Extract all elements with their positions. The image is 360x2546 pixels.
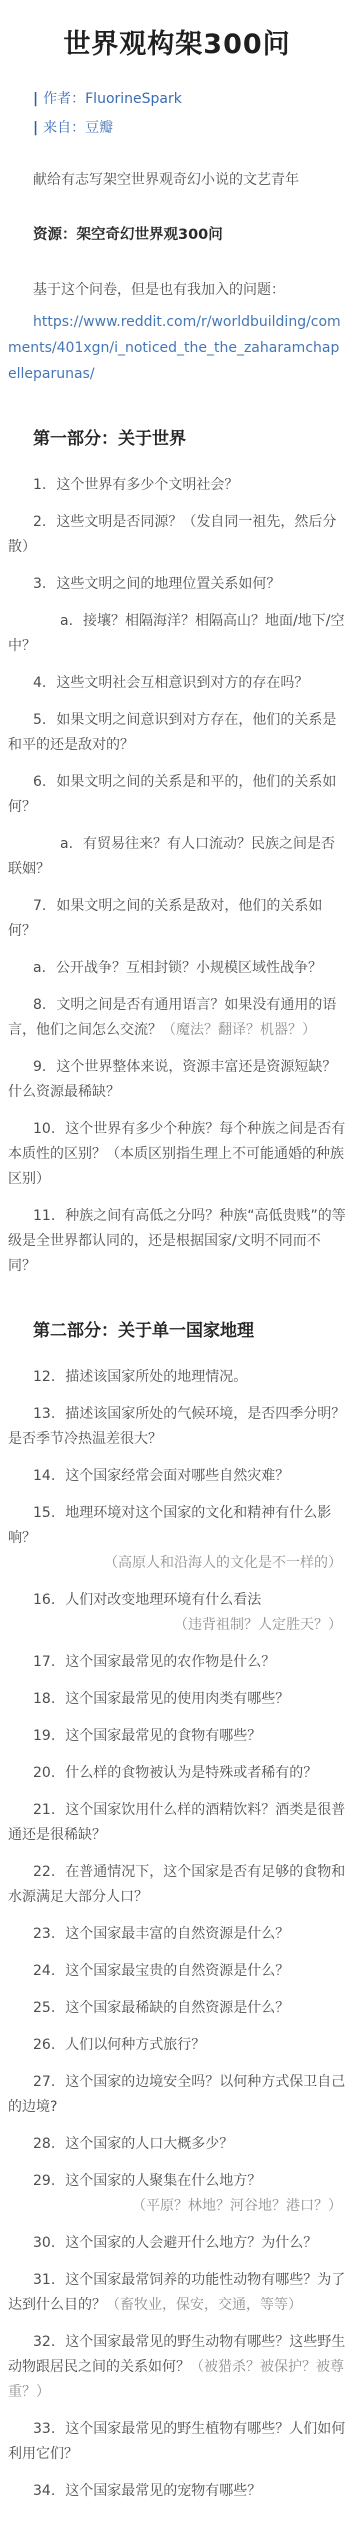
question-text: 这个国家最常见的宠物有哪些？ [65, 2483, 261, 2499]
question-text: 这个国家经常会面对哪些自然灾难？ [65, 1468, 289, 1484]
sub-item-text: 接壤？相隔海洋？相隔高山？地面/地下/空中？ [8, 613, 344, 654]
vertical-bar-icon: | [33, 91, 38, 107]
question-text: 这个国家最宝贵的自然资源是什么？ [65, 1963, 289, 1979]
question: 8.文明之间是否有通用语言？如果没有通用的语言，他们之间怎么交流？（魔法？翻译？… [8, 993, 346, 1043]
question-text: 如果文明之间意识到对方存在，他们的关系是和平的还是敌对的？ [8, 712, 336, 753]
question-text: 这个国家的人口大概多少？ [65, 2136, 233, 2152]
source-value[interactable]: 豆瓣 [85, 120, 113, 136]
question-number: 20. [33, 1765, 55, 1781]
question-number: 16. [33, 1592, 55, 1608]
question: 14.这个国家经常会面对哪些自然灾难？ [8, 1464, 346, 1489]
question-number: 19. [33, 1728, 55, 1744]
question: 23.这个国家最丰富的自然资源是什么？ [8, 1922, 346, 1947]
question-number: 33. [33, 2421, 55, 2437]
question: 15.地理环境对这个国家的文化和精神有什么影响？ [8, 1501, 346, 1551]
question: 20.什么样的食物被认为是特殊或者稀有的？ [8, 1761, 346, 1786]
question-number: 9. [33, 1059, 46, 1075]
section-heading: 第二部分：关于单一国家地理 [8, 1319, 346, 1343]
author-label: 作者： [43, 91, 85, 107]
question-number: 26. [33, 2037, 55, 2053]
section-heading: 第一部分：关于世界 [8, 427, 346, 451]
question-number: 10. [33, 1121, 55, 1137]
question-note: （高原人和沿海人的文化是不一样的） [8, 1551, 346, 1576]
question-number: 1. [33, 477, 46, 493]
question-number: 3. [33, 576, 46, 592]
question-number: 28. [33, 2136, 55, 2152]
question-number: 24. [33, 1963, 55, 1979]
question-note: （违背祖制？人定胜天？） [8, 1613, 346, 1638]
question-text: 这些文明是否同源？（发自同一祖先，然后分散） [8, 514, 336, 555]
question: 21.这个国家饮用什么样的酒精饮料？酒类是很普通还是很稀缺？ [8, 1798, 346, 1848]
question-text: 这个国家最常见的使用肉类有哪些？ [65, 1691, 289, 1707]
question: 1.这个世界有多少个文明社会？ [8, 473, 346, 498]
page-title: 世界观构架300问 [8, 22, 346, 61]
question-text: 这个世界有多少个种族？每个种族之间是否有本质性的区别？（本质区别指生理上不可能通… [8, 1121, 345, 1187]
question-text: 这个国家的人聚集在什么地方？ [65, 2173, 261, 2189]
question-number: 4. [33, 675, 46, 691]
question-number: 15. [33, 1505, 55, 1521]
question: 27.这个国家的边境安全吗？以何种方式保卫自己的边境? [8, 2070, 346, 2120]
question-number: 25. [33, 2000, 55, 2016]
section-part-2: 第二部分：关于单一国家地理 12.描述该国家所处的地理情况。 13.描述该国家所… [8, 1319, 346, 2504]
question-number: 18. [33, 1691, 55, 1707]
question-number: 22. [33, 1864, 55, 1880]
question-number: 23. [33, 1926, 55, 1942]
question-text: 这个国家最常见的食物有哪些？ [65, 1728, 261, 1744]
dedication-text: 献给有志写架空世界观奇幻小说的文艺青年 [8, 168, 346, 193]
question-text: 人们对改变地理环境有什么看法 [65, 1592, 261, 1608]
question: 30.这个国家的人会避开什么地方？为什么？ [8, 2231, 346, 2256]
question-number: 6. [33, 774, 46, 790]
question: 16.人们对改变地理环境有什么看法 [8, 1588, 346, 1613]
question-sub-item: a.公开战争？互相封锁？小规模区域性战争？ [8, 956, 346, 981]
question-number: 13. [33, 1406, 55, 1422]
sub-item-text: 有贸易往来？有人口流动？民族之间是否联姻？ [8, 836, 335, 877]
question-number: 12. [33, 1369, 55, 1385]
question-text: 人们以何种方式旅行？ [65, 2037, 205, 2053]
question-text: 地理环境对这个国家的文化和精神有什么影响？ [8, 1505, 331, 1546]
vertical-bar-icon: | [33, 120, 38, 136]
question: 6.如果文明之间的关系是和平的，他们的关系如何？ [8, 770, 346, 820]
question-text: 描述该国家所处的地理情况。 [65, 1369, 247, 1385]
question-sub-item: a.接壤？相隔海洋？相隔高山？地面/地下/空中？ [8, 609, 346, 659]
question-hint: （畜牧业，保安，交通，等等） [106, 2297, 302, 2313]
question-text: 这个国家最常见的农作物是什么？ [65, 1654, 275, 1670]
question-text: 这个国家最稀缺的自然资源是什么？ [65, 2000, 289, 2016]
question-text: 什么样的食物被认为是特殊或者稀有的？ [65, 1765, 317, 1781]
question: 28.这个国家的人口大概多少？ [8, 2132, 346, 2157]
question: 4.这些文明社会互相意识到对方的存在吗？ [8, 671, 346, 696]
question: 2.这些文明是否同源？（发自同一祖先，然后分散） [8, 510, 346, 560]
question: 9.这个世界整体来说，资源丰富还是资源短缺？什么资源最稀缺？ [8, 1055, 346, 1105]
question-text: 这些文明社会互相意识到对方的存在吗？ [56, 675, 308, 691]
question-number: 7. [33, 898, 46, 914]
question-text: 这些文明之间的地理位置关系如何？ [56, 576, 280, 592]
intro-text: 基于这个问卷，但是也有我加入的问题： [8, 278, 346, 303]
question-number: 30. [33, 2235, 55, 2251]
question-text: 这个国家的人会避开什么地方？为什么？ [65, 2235, 317, 2251]
question-number: 29. [33, 2173, 55, 2189]
question-number: 17. [33, 1654, 55, 1670]
question: 24.这个国家最宝贵的自然资源是什么？ [8, 1959, 346, 1984]
question-number: 8. [33, 997, 46, 1013]
question: 17.这个国家最常见的农作物是什么？ [8, 1650, 346, 1675]
question-text: 种族之间有高低之分吗？种族“高低贵贱”的等级是全世界都认同的，还是根据国家/文明… [8, 1208, 346, 1274]
question-text: 这个国家饮用什么样的酒精饮料？酒类是很普通还是很稀缺？ [8, 1802, 345, 1843]
sub-item-letter: a. [60, 836, 73, 852]
question: 12.描述该国家所处的地理情况。 [8, 1365, 346, 1390]
question: 18.这个国家最常见的使用肉类有哪些？ [8, 1687, 346, 1712]
reddit-link[interactable]: https://www.reddit.com/r/worldbuilding/c… [8, 309, 346, 387]
question-number: 5. [33, 712, 46, 728]
question-text: 这个国家的边境安全吗？以何种方式保卫自己的边境? [8, 2074, 345, 2115]
question: 7.如果文明之间的关系是敌对，他们的关系如何？ [8, 894, 346, 944]
author-value[interactable]: FluorineSpark [85, 91, 182, 107]
question: 5.如果文明之间意识到对方存在，他们的关系是和平的还是敌对的？ [8, 708, 346, 758]
question-number: 27. [33, 2074, 55, 2090]
question-number: 14. [33, 1468, 55, 1484]
question-text: 这个国家最丰富的自然资源是什么？ [65, 1926, 289, 1942]
question-text: 这个世界整体来说，资源丰富还是资源短缺？什么资源最稀缺？ [8, 1059, 336, 1100]
resource-text: 资源：架空奇幻世界观300问 [8, 223, 346, 248]
question-text: 这个国家最常见的野生植物有哪些？人们如何利用它们？ [8, 2421, 345, 2462]
question: 31.这个国家最常饲养的功能性动物有哪些？为了达到什么目的？（畜牧业，保安，交通… [8, 2268, 346, 2318]
question: 34.这个国家最常见的宠物有哪些？ [8, 2479, 346, 2504]
sub-item-letter: a. [33, 960, 46, 976]
question-number: 34. [33, 2483, 55, 2499]
question: 33.这个国家最常见的野生植物有哪些？人们如何利用它们？ [8, 2417, 346, 2467]
question: 25.这个国家最稀缺的自然资源是什么？ [8, 1996, 346, 2021]
question-number: 32. [33, 2334, 55, 2350]
question-number: 21. [33, 1802, 55, 1818]
author-line: |作者：FluorineSpark [8, 87, 346, 111]
question-number: 11. [33, 1208, 55, 1224]
question-text: 如果文明之间的关系是和平的，他们的关系如何？ [8, 774, 336, 815]
question: 13.描述该国家所处的气候环境，是否四季分明？是否季节冷热温差很大？ [8, 1402, 346, 1452]
question-text: 描述该国家所处的气候环境，是否四季分明？是否季节冷热温差很大？ [8, 1406, 345, 1447]
question-text: 在普通情况下，这个国家是否有足够的食物和水源满足大部分人口？ [8, 1864, 345, 1905]
document-page: 世界观构架300问 |作者：FluorineSpark |来自：豆瓣 献给有志写… [0, 22, 360, 2546]
question-text: 这个世界有多少个文明社会？ [56, 477, 238, 493]
question: 11.种族之间有高低之分吗？种族“高低贵贱”的等级是全世界都认同的，还是根据国家… [8, 1204, 346, 1279]
sub-item-letter: a. [60, 613, 73, 629]
source-line: |来自：豆瓣 [8, 116, 346, 140]
question: 22.在普通情况下，这个国家是否有足够的食物和水源满足大部分人口？ [8, 1860, 346, 1910]
question-note: （平原？林地？河谷地？港口？） [8, 2194, 346, 2219]
sub-item-text: 公开战争？互相封锁？小规模区域性战争？ [56, 960, 322, 976]
section-part-1: 第一部分：关于世界 1.这个世界有多少个文明社会？ 2.这些文明是否同源？（发自… [8, 427, 346, 1279]
question: 10.这个世界有多少个种族？每个种族之间是否有本质性的区别？（本质区别指生理上不… [8, 1117, 346, 1192]
question: 3.这些文明之间的地理位置关系如何？ [8, 572, 346, 597]
question-number: 2. [33, 514, 46, 530]
question: 26.人们以何种方式旅行？ [8, 2033, 346, 2058]
question-hint: （魔法？翻译？机器？） [162, 1022, 316, 1038]
question-sub-item: a.有贸易往来？有人口流动？民族之间是否联姻？ [8, 832, 346, 882]
question: 32.这个国家最常见的野生动物有哪些？这些野生动物跟居民之间的关系如何？（被猎杀… [8, 2330, 346, 2405]
question-number: 31. [33, 2272, 55, 2288]
source-label: 来自： [43, 120, 85, 136]
question-text: 如果文明之间的关系是敌对，他们的关系如何？ [8, 898, 322, 939]
question: 19.这个国家最常见的食物有哪些？ [8, 1724, 346, 1749]
question: 29.这个国家的人聚集在什么地方？ [8, 2169, 346, 2194]
